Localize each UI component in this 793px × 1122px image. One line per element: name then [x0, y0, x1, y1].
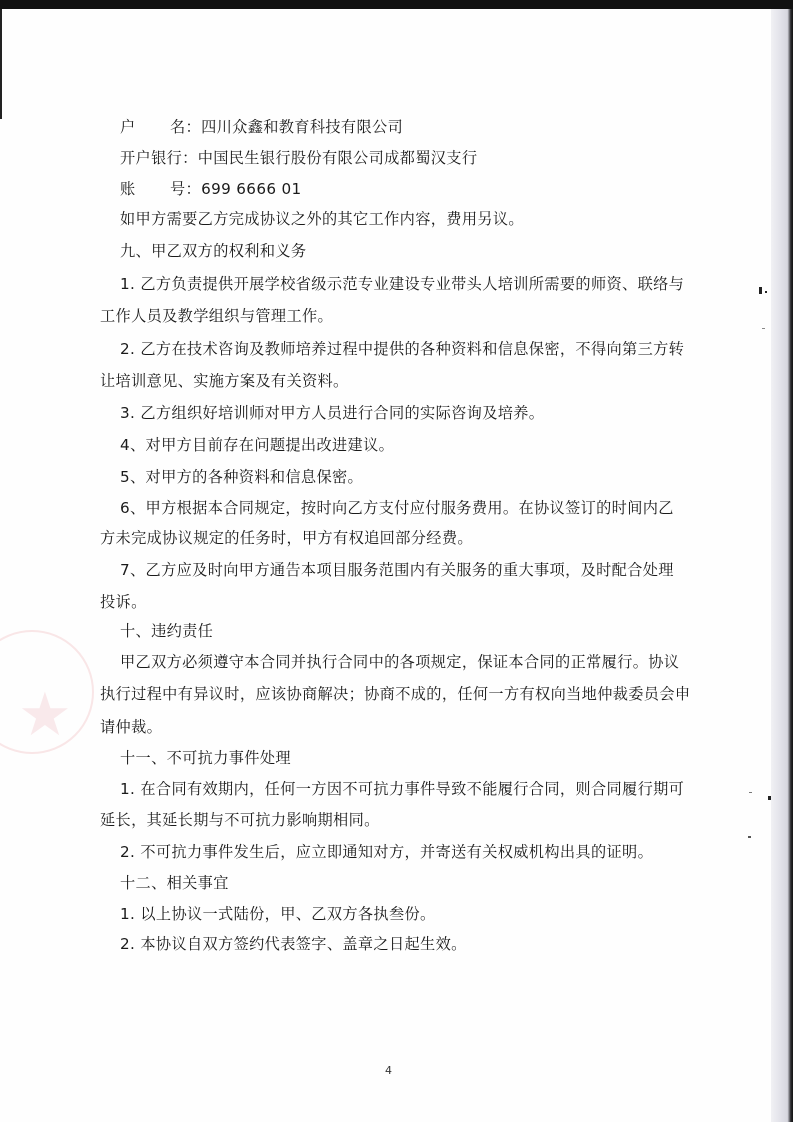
- scan-speck: [748, 836, 751, 838]
- s9-item5: 5、对甲方的各种资料和信息保密。: [120, 467, 363, 487]
- s11-item1-line2: 延长，其延长期与不可抗力影响期相同。: [100, 810, 380, 830]
- account-name-line: 户名：四川众鑫和教育科技有限公司: [120, 117, 403, 137]
- s9-item3: 3. 乙方组织好培训师对甲方人员进行合同的实际咨询及培养。: [120, 403, 544, 423]
- account-number-value: 699 6666 01: [201, 180, 301, 198]
- s9-item6-line2: 方未完成协议规定的任务时，甲方有权追回部分经费。: [100, 528, 473, 548]
- scan-speck: [768, 796, 771, 800]
- s11-item1-line1: 1. 在合同有效期内，任何一方因不可抗力事件导致不能履行合同，则合同履行期可: [120, 779, 684, 799]
- section-9-heading: 九、甲乙双方的权利和义务: [120, 241, 306, 261]
- s9-item1-line2: 工作人员及教学组织与管理工作。: [100, 306, 333, 326]
- extra-work-note: 如甲方需要乙方完成协议之外的其它工作内容，费用另议。: [120, 209, 524, 229]
- s9-item6-line1: 6、甲方根据本合同规定，按时向乙方支付应付服务费用。在协议签订的时间内乙: [120, 498, 674, 518]
- account-number-label-colon: 号：: [170, 180, 201, 198]
- section-12-heading: 十二、相关事宜: [120, 873, 229, 893]
- section-10-heading: 十、违约责任: [120, 621, 213, 641]
- account-name-label: 户: [120, 117, 170, 137]
- scan-speck: [759, 287, 762, 294]
- s10-para-line2: 执行过程中有异议时，应该协商解决；协商不成的，任何一方有权向当地仲裁委员会申: [100, 684, 690, 704]
- bank-value: 中国民生银行股份有限公司成都蜀汉支行: [198, 149, 478, 167]
- s9-item1-line1: 1. 乙方负责提供开展学校省级示范专业建设专业带头人培训所需要的师资、联络与: [120, 274, 684, 294]
- scan-right-edge: [771, 9, 793, 1122]
- s12-item1: 1. 以上协议一式陆份，甲、乙双方各执叁份。: [120, 904, 436, 924]
- account-number-label: 账: [120, 179, 170, 199]
- scan-left-edge: [0, 9, 2, 119]
- s9-item2-line2: 让培训意见、实施方案及有关资料。: [100, 371, 349, 391]
- section-11-heading: 十一、不可抗力事件处理: [120, 748, 291, 768]
- page-number: 4: [385, 1064, 392, 1077]
- s9-item2-line1: 2. 乙方在技术咨询及教师培养过程中提供的各种资料和信息保密，不得向第三方转: [120, 339, 684, 359]
- account-name-label-colon: 名：: [170, 118, 201, 136]
- scan-speck: [762, 328, 765, 329]
- account-name-value: 四川众鑫和教育科技有限公司: [201, 118, 403, 136]
- seal-star-icon: ★: [18, 680, 72, 750]
- s12-item2: 2. 本协议自双方签约代表签字、盖章之日起生效。: [120, 934, 467, 954]
- bank-line: 开户银行：中国民生银行股份有限公司成都蜀汉支行: [120, 148, 477, 168]
- scan-speck: [765, 291, 767, 293]
- account-number-line: 账号：699 6666 01: [120, 179, 302, 199]
- bank-label: 开户银行：: [120, 149, 198, 167]
- scan-speck: [749, 792, 752, 793]
- s10-para-line3: 请仲裁。: [100, 717, 162, 737]
- s11-item2: 2. 不可抗力事件发生后，应立即通知对方，并寄送有关权威机构出具的证明。: [120, 842, 653, 862]
- s9-item4: 4、对甲方目前存在问题提出改进建议。: [120, 435, 394, 455]
- s10-para-line1: 甲乙双方必须遵守本合同并执行合同中的各项规定，保证本合同的正常履行。协议: [120, 652, 679, 672]
- s9-item7-line1: 7、乙方应及时向甲方通告本项目服务范围内有关服务的重大事项，及时配合处理: [120, 560, 674, 580]
- s9-item7-line2: 投诉。: [100, 592, 147, 612]
- scan-top-border: [0, 0, 793, 9]
